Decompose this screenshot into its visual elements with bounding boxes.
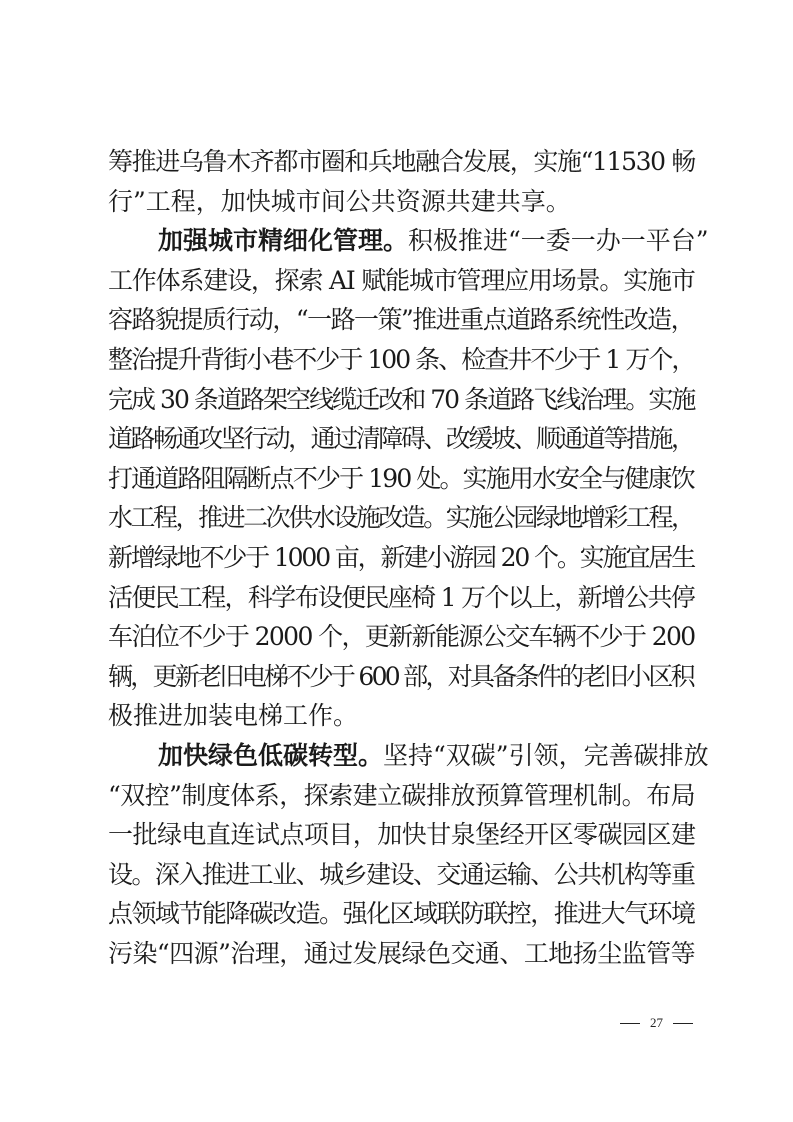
text-line: 工作体系建设，探索 AI 赋能城市管理应用场景。实施市 <box>108 261 696 301</box>
line-text: “双控”制度体系，探索建立碳排放预算管理机制。布局 <box>108 776 695 816</box>
section-heading: 加快绿色低碳转型。 <box>158 736 383 776</box>
document-body: 筹推进乌鲁木齐都市圈和兵地融合发展，实施“11530 畅 行”工程，加快城市间公… <box>108 142 696 973</box>
text-line: 极推进加装电梯工作。 <box>108 696 696 736</box>
paragraph-heading-line: 加强城市精细化管理。积极推进“一委一办一平台” <box>108 221 696 261</box>
line-text: 容路貌提质行动，“一路一策”推进重点道路系统性改造， <box>108 300 694 340</box>
text-line: 道路畅通攻坚行动，通过清障碍、改缓坡、顺通道等措施， <box>108 419 696 459</box>
text-line: 车泊位不少于 2000 个，更新新能源公交车辆不少于 200 <box>108 617 696 657</box>
text-line: 打通道路阻隔断点不少于 190 处。实施用水安全与健康饮 <box>108 459 696 499</box>
line-text: 完成 30 条道路架空线缆迁改和 70 条道路飞线治理。实施 <box>108 380 694 420</box>
dash-left <box>620 1023 640 1024</box>
line-text: 新增绿地不少于 1000 亩，新建小游园 20 个。实施宜居生 <box>108 538 694 578</box>
text-line: 容路貌提质行动，“一路一策”推进重点道路系统性改造， <box>108 300 696 340</box>
text-line: “双控”制度体系，探索建立碳排放预算管理机制。布局 <box>108 776 696 816</box>
page-number: 27 <box>620 1015 693 1031</box>
section-heading: 加强城市精细化管理。 <box>158 221 408 261</box>
line-text: 整治提升背街小巷不少于 100 条、检查井不少于 1 万个， <box>108 340 694 380</box>
line-text: 车泊位不少于 2000 个，更新新能源公交车辆不少于 200 <box>108 617 695 657</box>
text-line: 筹推进乌鲁木齐都市圈和兵地融合发展，实施“11530 畅 <box>108 142 696 182</box>
text-line: 点领域节能降碳改造。强化区域联防联控，推进大气环境 <box>108 894 696 934</box>
line-text: 活便民工程，科学布设便民座椅 1 万个以上，新增公共停 <box>108 578 694 618</box>
line-text: 一批绿电直连试点项目，加快甘泉堡经开区零碳园区建 <box>108 815 695 855</box>
text-line: 辆，更新老旧电梯不少于 600 部，对具备条件的老旧小区积 <box>108 657 696 697</box>
text-line: 行”工程，加快城市间公共资源共建共享。 <box>108 182 696 222</box>
text-line: 污染“四源”治理，通过发展绿色交通、工地扬尘监管等 <box>108 934 696 974</box>
paragraph-heading-line: 加快绿色低碳转型。坚持“双碳”引领，完善碳排放 <box>108 736 696 776</box>
text-line: 一批绿电直连试点项目，加快甘泉堡经开区零碳园区建 <box>108 815 696 855</box>
line-text: 筹推进乌鲁木齐都市圈和兵地融合发展，实施“11530 畅 <box>108 142 695 182</box>
text-line: 水工程，推进二次供水设施改造。实施公园绿地增彩工程， <box>108 498 696 538</box>
line-text: 打通道路阻隔断点不少于 190 处。实施用水安全与健康饮 <box>108 459 694 499</box>
line-text: 点领域节能降碳改造。强化区域联防联控，推进大气环境 <box>108 894 694 934</box>
text-line: 整治提升背街小巷不少于 100 条、检查井不少于 1 万个， <box>108 340 696 380</box>
line-text: 水工程，推进二次供水设施改造。实施公园绿地增彩工程， <box>108 498 694 538</box>
text-line: 完成 30 条道路架空线缆迁改和 70 条道路飞线治理。实施 <box>108 380 696 420</box>
line-text: 行”工程，加快城市间公共资源共建共享。 <box>108 182 571 222</box>
line-text: 辆，更新老旧电梯不少于 600 部，对具备条件的老旧小区积 <box>108 657 693 697</box>
page-number-text: 27 <box>650 1015 663 1031</box>
text-line: 设。深入推进工业、城乡建设、交通运输、公共机构等重 <box>108 855 696 895</box>
line-text: 道路畅通攻坚行动，通过清障碍、改缓坡、顺通道等措施， <box>108 419 694 459</box>
line-text: 污染“四源”治理，通过发展绿色交通、工地扬尘监管等 <box>108 934 695 974</box>
line-text: 设。深入推进工业、城乡建设、交通运输、公共机构等重 <box>108 855 694 895</box>
line-text: 积极推进“一委一办一平台” <box>408 221 709 261</box>
text-line: 新增绿地不少于 1000 亩，新建小游园 20 个。实施宜居生 <box>108 538 696 578</box>
text-line: 活便民工程，科学布设便民座椅 1 万个以上，新增公共停 <box>108 578 696 618</box>
line-text: 极推进加装电梯工作。 <box>108 696 358 736</box>
dash-right <box>673 1023 693 1024</box>
line-text: 坚持“双碳”引领，完善碳排放 <box>383 736 709 776</box>
line-text: 工作体系建设，探索 AI 赋能城市管理应用场景。实施市 <box>108 261 695 301</box>
